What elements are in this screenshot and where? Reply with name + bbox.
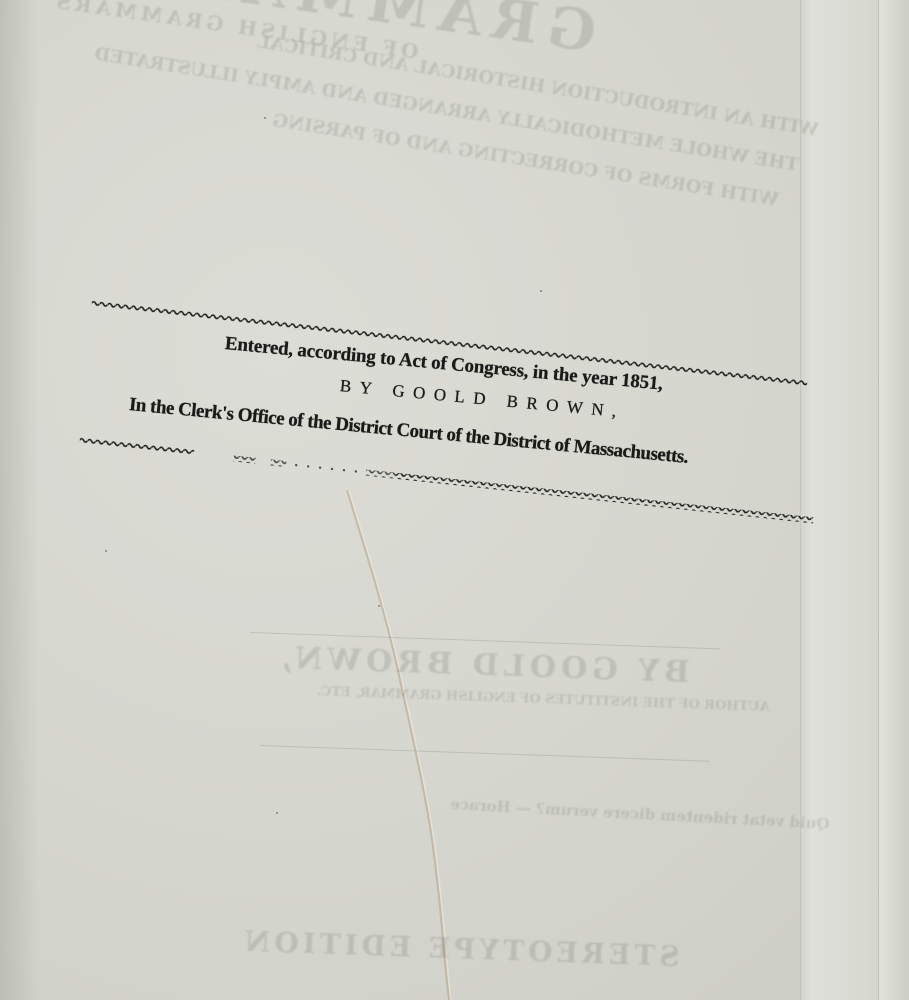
wavy-rule-bottom xyxy=(79,437,814,523)
book-page: GRAMMAR OF ENGLISH GRAMMARS WITH AN INTR… xyxy=(0,0,909,1000)
copyright-notice: Entered, according to Act of Congress, i… xyxy=(0,0,909,1000)
wavy-rule-top xyxy=(0,0,909,1000)
